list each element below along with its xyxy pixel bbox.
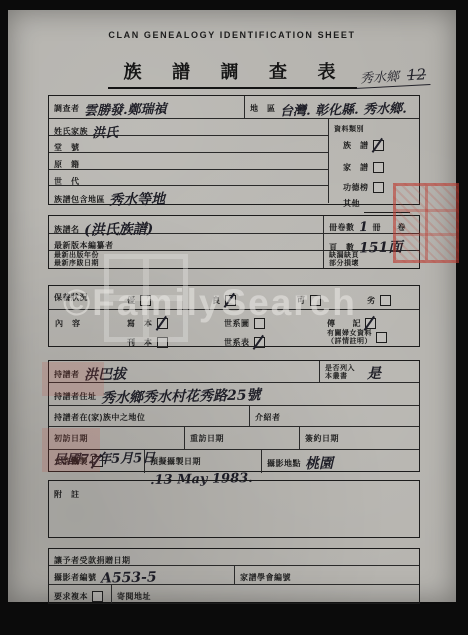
contract-date-cell: 簽約日期 bbox=[299, 427, 419, 449]
category-genealogy: 族 譜 bbox=[343, 137, 384, 155]
table-row: 姓氏家族 洪氏 堂 號 原 籍 世 代 族譜包含地區 秀水等地 bbox=[49, 119, 419, 203]
area-cell: 地 區 台灣. 彰化縣. 秀水鄉. bbox=[244, 96, 419, 118]
condition-excellent: 優 bbox=[127, 292, 151, 310]
table-row: 族譜名 (洪氏族譜) 冊卷數 1 冊 卷 bbox=[49, 216, 419, 234]
hall-name-label: 堂 號 bbox=[54, 142, 80, 153]
condition-label: 保養狀況 bbox=[54, 292, 88, 303]
english-title: CLAN GENEALOGY IDENTIFICATION SHEET bbox=[8, 30, 456, 40]
missing-pages-cell: 缺漏缺頁 部分損壞 bbox=[323, 251, 419, 268]
processing-table: 讓予者受款捐贈日期 攝影者編號 A553-5 家譜學會編號 要求複本 寄閱地址 bbox=[48, 548, 420, 604]
condition-good: 良 bbox=[212, 292, 236, 310]
filming-row: 允許攝製 預擬攝製日期 .13 May 1983. 攝影地點 桃園 bbox=[49, 450, 419, 473]
publication-cell: 最新出版年份 最新序跋日期 bbox=[49, 251, 323, 268]
left-fields: 姓氏家族 洪氏 堂 號 原 籍 世 代 族譜包含地區 秀水等地 bbox=[49, 119, 328, 203]
handwritten-corner-note: 秀水鄉12 bbox=[355, 64, 430, 89]
identification-table: 調查者 雲勝發.鄭瑞禎 地 區 台灣. 彰化縣. 秀水鄉. 姓氏家族 洪氏 堂 … bbox=[48, 95, 420, 205]
holder-value: 洪巴拔 bbox=[84, 364, 126, 385]
area-label: 地 區 bbox=[250, 103, 276, 114]
include-cell: 是否列入 本叢書 是 bbox=[319, 361, 419, 382]
society-number-cell: 家譜學會編號 bbox=[234, 566, 419, 584]
checkbox-lineage-table bbox=[254, 337, 265, 348]
field-hall-name: 堂 號 bbox=[49, 136, 328, 153]
field-generations: 世 代 bbox=[49, 170, 328, 186]
category-family-register: 家 譜 bbox=[343, 159, 384, 177]
checkbox-merit-board bbox=[373, 182, 384, 193]
content-printed: 刊 本 bbox=[127, 334, 168, 352]
covered-area-value: 秀水等地 bbox=[109, 188, 165, 209]
editor-cell: 最新版本編纂者 bbox=[49, 234, 323, 250]
holder-address-row: 持譜者住址 秀水鄉秀水村花秀路25號 bbox=[49, 383, 419, 406]
checkbox-fair bbox=[310, 295, 321, 306]
donation-date-row: 讓予者受款捐贈日期 bbox=[49, 549, 419, 566]
content-women-data: 有關婦女資料 （詳情註明） bbox=[327, 329, 387, 347]
address-value: 秀水鄉秀水村花秀路25號 bbox=[101, 384, 261, 407]
other-blank-line bbox=[364, 203, 410, 213]
condition-fair: 可 bbox=[297, 292, 321, 310]
area-value: 台灣. 彰化縣. 秀水鄉. bbox=[280, 98, 407, 120]
data-type-header: 資料類別 bbox=[334, 126, 364, 134]
document-page: CLAN GENEALOGY IDENTIFICATION SHEET 族 譜 … bbox=[8, 10, 456, 602]
content-row: 內 容 寫 本 世系圖 傳 記 刊 本 世系表 有關婦女資料 （詳情註明） bbox=[49, 310, 419, 348]
checkbox-manuscript bbox=[157, 318, 168, 329]
corner-number: 12 bbox=[406, 65, 426, 84]
table-row: 最新版本編纂者 頁 數 151面 bbox=[49, 234, 419, 251]
surveyor-cell: 調查者 雲勝發.鄭瑞禎 bbox=[49, 96, 244, 118]
holder-cell: 持譜者 洪巴拔 bbox=[49, 361, 319, 382]
holder-row: 持譜者 洪巴拔 是否列入 本叢書 是 bbox=[49, 361, 419, 383]
surveyor-value: 雲勝發.鄭瑞禎 bbox=[84, 98, 167, 119]
id-numbers-row: 攝影者編號 A553-5 家譜學會編號 bbox=[49, 566, 419, 585]
condition-row: 保養狀況 優 良 可 劣 bbox=[49, 286, 419, 310]
surveyor-label: 調查者 bbox=[54, 103, 80, 114]
film-date-cell: 預擬攝製日期 .13 May 1983. bbox=[144, 450, 261, 473]
address-label: 持譜者住址 bbox=[54, 391, 97, 402]
notes-label: 附 註 bbox=[54, 489, 80, 500]
title-volume-table: 族譜名 (洪氏族譜) 冊卷數 1 冊 卷 最新版本編纂者 頁 數 151面 最新… bbox=[48, 215, 420, 269]
introducer-cell: 介紹者 bbox=[249, 406, 419, 426]
holder-table: 持譜者 洪巴拔 是否列入 本叢書 是 持譜者住址 秀水鄉秀水村花秀路25號 持譜… bbox=[48, 360, 420, 472]
film-place-value: 桃園 bbox=[305, 453, 333, 474]
condition-content-table: 保養狀況 優 良 可 劣 內 容 寫 本 世系圖 傳 記 刊 本 世系表 有關婦… bbox=[48, 285, 420, 347]
donation-date-label: 讓予者受款捐贈日期 bbox=[54, 555, 131, 566]
table-row: 調查者 雲勝發.鄭瑞禎 地 區 台灣. 彰化縣. 秀水鄉. bbox=[49, 96, 419, 119]
clan-position-cell: 持譜者在(家)族中之地位 bbox=[49, 406, 249, 426]
checkbox-copy-request bbox=[92, 591, 103, 602]
holder-label: 持譜者 bbox=[54, 369, 80, 380]
first-visit-cell: 初訪日期 民國72年5月5日 bbox=[49, 427, 184, 449]
checkbox-family-register bbox=[373, 162, 384, 173]
mailing-address-cell: 寄閱地址 bbox=[111, 585, 419, 603]
field-origin: 原 籍 bbox=[49, 153, 328, 170]
condition-cell: 保養狀況 優 良 可 劣 bbox=[49, 286, 419, 309]
checkbox-lineage-chart bbox=[254, 318, 265, 329]
checkbox-women-data bbox=[376, 332, 387, 343]
pages-cell: 頁 數 151面 bbox=[323, 234, 419, 250]
table-row: 最新出版年份 最新序跋日期 缺漏缺頁 部分損壞 bbox=[49, 251, 419, 268]
checkbox-poor bbox=[380, 295, 391, 306]
photographer-number: A553-5 bbox=[101, 569, 157, 586]
checkbox-clan-genealogy bbox=[373, 140, 384, 151]
covered-area-label: 族譜包含地區 bbox=[54, 194, 105, 205]
photographer-cell: 攝影者編號 A553-5 bbox=[49, 566, 234, 584]
condition-poor: 劣 bbox=[367, 292, 391, 310]
revisit-cell: 重訪日期 bbox=[184, 427, 299, 449]
volumes-cell: 冊卷數 1 冊 卷 bbox=[323, 216, 419, 233]
content-cell: 內 容 寫 本 世系圖 傳 記 刊 本 世系表 有關婦女資料 （詳情註明） bbox=[49, 310, 419, 348]
film-place-cell: 攝影地點 桃園 bbox=[261, 450, 419, 473]
notes-box: 附 註 bbox=[48, 480, 420, 538]
content-lineage-table: 世系表 bbox=[224, 334, 265, 352]
checkbox-printed bbox=[157, 337, 168, 348]
genealogy-title-label: 族譜名 bbox=[54, 224, 80, 235]
data-type-column: 資料類別 族 譜 家 譜 功德榜 其他 bbox=[328, 119, 419, 203]
visit-dates-row: 初訪日期 民國72年5月5日 重訪日期 簽約日期 bbox=[49, 427, 419, 450]
include-value: 是 bbox=[367, 363, 381, 383]
genealogy-title-cell: 族譜名 (洪氏族譜) bbox=[49, 216, 323, 233]
permission-cell: 允許攝製 bbox=[49, 450, 144, 473]
copy-request-cell: 要求複本 bbox=[49, 585, 111, 603]
checkbox-excellent bbox=[140, 295, 151, 306]
checkbox-biography bbox=[365, 318, 376, 329]
checkbox-good bbox=[225, 295, 236, 306]
checkbox-filming-permission bbox=[92, 456, 103, 467]
clan-position-row: 持譜者在(家)族中之地位 介紹者 bbox=[49, 406, 419, 427]
category-other: 其他 bbox=[343, 195, 410, 213]
field-surname: 姓氏家族 洪氏 bbox=[49, 119, 328, 136]
copy-request-row: 要求複本 寄閱地址 bbox=[49, 585, 419, 603]
content-label: 內 容 bbox=[55, 318, 81, 329]
field-covered-area: 族譜包含地區 秀水等地 bbox=[49, 186, 328, 203]
origin-label: 原 籍 bbox=[54, 159, 80, 170]
content-lineage-chart: 世系圖 bbox=[224, 315, 265, 333]
content-manuscript: 寫 本 bbox=[127, 315, 168, 333]
